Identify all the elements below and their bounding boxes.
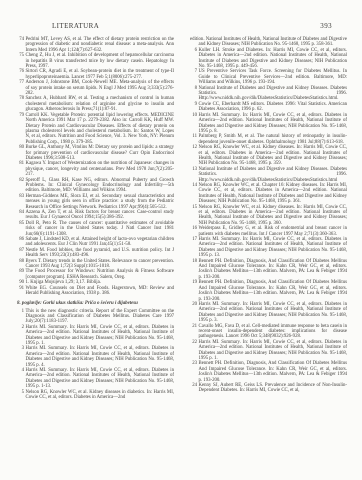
reference-number: 87 [17, 248, 24, 253]
reference-number: 80 [17, 145, 24, 150]
reference-item: 9Cowie CC, Eberhardt MS editors. Diabete… [190, 102, 347, 113]
reference-text: Herman-Giddens ME, Slora EJ, et al. Seco… [26, 194, 175, 210]
reference-item: 85Doll R, Peto R. The causes of cancer: … [17, 221, 174, 237]
reference-continuation-text: edition. National Institutes of Health, … [190, 37, 347, 48]
reference-text: Burke GL, Anthony M, Vitolins M: Dietary… [26, 145, 175, 161]
reference-number: 24 [190, 383, 197, 388]
reference-number: 18 [190, 259, 197, 264]
reference-item: 1This is the new diagnostic criteria. Re… [17, 309, 174, 325]
reference-item: 12Nelson RG, Knowler WC, et al. Kidney d… [190, 145, 347, 167]
reference-text: National Institute of Diabetes and Diges… [199, 86, 348, 102]
reference-number: 10 [190, 113, 197, 118]
reference-text: Doll R, Peto R. The causes of cancer: qu… [26, 221, 175, 237]
reference-text: This is the new diagnostic criteria. Rep… [26, 309, 175, 325]
reference-item: 10Harris MI. Summary. In: Harris MI, Cow… [190, 113, 347, 135]
reference-number: 7 [190, 69, 197, 74]
reference-text: Harris MI. Summary. In: Harris MI, Cowie… [199, 302, 348, 323]
reference-number: 19 [190, 280, 197, 285]
reference-text: Sirtori CR, Agradi E, et al. Soybean-pro… [26, 69, 175, 79]
reference-item: 24Kenny SJ, Aubert RE, Geiss LS. Prevale… [190, 383, 347, 394]
reference-number: 83 [17, 194, 24, 199]
references-column-right: edition. National Institutes of Health, … [190, 37, 347, 394]
reference-text: Kagawa Y. Impact of Westernization on th… [26, 161, 175, 177]
reference-number: 84 [17, 210, 24, 215]
references-column-left: 74Pedrini MT, Levey AS, et al. The effec… [17, 37, 174, 400]
reference-number: 6 [190, 48, 197, 53]
reference-item: 84Azzena A, Zen T, et al. Risk factors f… [17, 210, 174, 221]
reference-item: 13National Institute of Diabetes and Dig… [190, 167, 347, 183]
reference-text: National Institute of Diabetes and Diges… [199, 167, 348, 183]
reference-text: Azzena A, Zen T, et al. Risk factors for… [26, 210, 175, 220]
reference-item: 78Sanchez A, Hubbard RW, et al. Testing … [17, 96, 174, 112]
reference-text: Harris MI. Summary. In: Harris MI, Cowie… [199, 340, 348, 361]
reference-item: 4Harris MI. Summary. In: Harris MI, Cowi… [17, 368, 174, 390]
reference-number: 76 [17, 69, 24, 74]
reference-text: Speroff L, Glass RH, Kase NG, editors. A… [26, 178, 175, 194]
reference-text: Sabate J, Lindsted KD, et al. Attained h… [26, 237, 175, 247]
reference-number: 15 [190, 205, 197, 210]
reference-item: 87Nestle M. Food lobbies, the food pyram… [17, 248, 174, 259]
reference-text: Carroll KK. Vegetable Protein: potential… [26, 113, 175, 145]
reference-number: 21 [190, 324, 197, 329]
reference-text: Kuller LH. Stroke and Diabetes. In: Harr… [199, 48, 348, 69]
reference-item: 91White EG. Counsels on Diet and Foods. … [17, 286, 174, 297]
reference-number: 20 [190, 302, 197, 307]
reference-number: 22 [190, 340, 197, 345]
reference-item: 79Carroll KK. Vegetable Protein: potenti… [17, 113, 174, 145]
reference-number: 14 [190, 183, 197, 188]
reference-item: 82Speroff L, Glass RH, Kase NG, editors.… [17, 178, 174, 194]
book-page: LITERATURA 393 74Pedrini MT, Levey AS, e… [0, 0, 362, 480]
reference-number: 86 [17, 237, 24, 242]
reference-item: 2Harris MI. Summary. In: Harris MI, Cowi… [17, 325, 174, 347]
page-header-title: LITERATURA [52, 22, 99, 30]
reference-number: 17 [190, 237, 197, 242]
reference-text: Nelson RG, Knowler WC, et al. Kidney dis… [199, 205, 348, 226]
reference-text: Bennett PH. Definition, Diagnosis, And C… [199, 259, 348, 280]
reference-text: Nelson RG, Knowler WC, et al. Kidney dis… [26, 390, 175, 400]
reference-text: Weiderpass E, Gridley G, et al. Risk of … [199, 226, 348, 236]
reference-item: 16Weiderpass E, Gridley G, et al. Risk o… [190, 226, 347, 237]
reference-text: Harris MI. Summary. In: Harris MI, Cowie… [26, 325, 175, 346]
reference-item: 83Herman-Giddens ME, Slora EJ, et al. Se… [17, 194, 174, 210]
reference-text: Cavallo MG, Fava D, et al. Cell-mediated… [199, 324, 348, 340]
reference-text: Harris MI. Summary. In: Harris MI, Cowie… [199, 113, 348, 134]
reference-text: Bennett PH. Definition, Diagnosis, And C… [199, 280, 348, 301]
reference-number: 12 [190, 145, 197, 150]
reference-item: 21Cavallo MG, Fava D, et al. Cell-mediat… [190, 324, 347, 340]
page-header: LITERATURA 393 [52, 22, 332, 30]
reference-item: 19Bennett PH. Definition, Diagnosis, And… [190, 280, 347, 302]
reference-item: 86Sabate J, Lindsted KD, et al. Attained… [17, 237, 174, 248]
reference-number: 23 [190, 361, 197, 366]
reference-item: 8National Institute of Diabetes and Dige… [190, 86, 347, 102]
reference-number: 9 [190, 102, 197, 107]
reference-number: 11 [190, 134, 197, 139]
reference-text: The Food Processor for Windows: Nutritio… [26, 269, 175, 279]
reference-item: 18Bennett PH. Definition, Diagnosis, And… [190, 259, 347, 281]
reference-text: White EG. Counsels on Diet and Foods. Ha… [26, 286, 175, 296]
reference-number: 77 [17, 80, 24, 85]
reference-text: Nelson RG, Knowler WC, et al. Chapter 16… [199, 183, 348, 204]
reference-item: 23Bennett PH. Definition, Diagnosis, And… [190, 361, 347, 383]
reference-item: 77Anderson J, Johnstone BM, Cook-Newell … [17, 80, 174, 96]
reference-text: Pedrini MT, Levey AS, et al. The effect … [26, 37, 175, 53]
reference-text: 1. Knjiga Mojsijeva 1,29; 3,17. Biblija. [26, 280, 101, 285]
reference-number: 4 [17, 368, 24, 373]
reference-item: 20Harris MI. Summary. In: Harris MI, Cow… [190, 302, 347, 324]
reference-item: 15Nelson RG, Knowler WC, et al. Kidney d… [190, 205, 347, 227]
reference-text: Byers T. Dietary trends in the United St… [26, 259, 175, 269]
reference-list-previous-chapter: 74Pedrini MT, Levey AS, et al. The effec… [17, 37, 174, 297]
reference-text: Harris MI. Summary. In: Harris MI, Cowie… [26, 346, 175, 367]
section-heading-chapter-8: 8. poglavlje: Gorki ukus slatkiša: Priča… [17, 301, 174, 307]
reference-item: 89The Food Processor for Windows: Nutrit… [17, 269, 174, 280]
reference-item: 75Cheng Z, Hu J, et al. Inhibition of de… [17, 53, 174, 69]
reference-number: 85 [17, 221, 24, 226]
reference-number: 1 [17, 309, 24, 314]
reference-number: 75 [17, 53, 24, 58]
reference-item: 80Burke GL, Anthony M, Vitolins M: Dieta… [17, 145, 174, 161]
reference-item: 3Harris MI. Summary. In: Harris MI, Cowi… [17, 346, 174, 368]
reference-item: 74Pedrini MT, Levey AS, et al. The effec… [17, 37, 174, 53]
reference-number: 74 [17, 37, 24, 42]
reference-text: Nestle M. Food lobbies, the food pyramid… [26, 248, 175, 258]
page-number: 393 [320, 22, 332, 30]
reference-text: US Preventive Services Task Force. Scree… [199, 69, 348, 85]
reference-item: 76Sirtori CR, Agradi E, et al. Soybean-p… [17, 69, 174, 80]
reference-item: 7US Preventive Services Task Force. Scre… [190, 69, 347, 85]
reference-text: Palmberg P, Smith M, et al. The natural … [199, 134, 348, 144]
reference-text: Harris MI. Summary. In: Harris MI, Cowie… [26, 368, 175, 389]
reference-number: 82 [17, 178, 24, 183]
reference-number: 89 [17, 269, 24, 274]
reference-text: Sanchez A, Hubbard RW, et al. Testing a … [26, 96, 175, 112]
reference-number: 91 [17, 286, 24, 291]
reference-number: 8 [190, 86, 197, 91]
reference-number: 2 [17, 325, 24, 330]
reference-list-chapter-8-continued: 6Kuller LH. Stroke and Diabetes. In: Har… [190, 48, 347, 394]
reference-text: Kenny SJ, Aubert RE, Geiss LS. Prevalenc… [199, 383, 348, 393]
reference-number: 16 [190, 226, 197, 231]
reference-text: Harris MI. Summary. In: Harris MI, Cowie… [199, 237, 348, 258]
reference-number: 81 [17, 161, 24, 166]
reference-item: 88Byers T. Dietary trends in the United … [17, 259, 174, 270]
reference-number: 5 [17, 390, 24, 395]
reference-item: 22Harris MI. Summary. In: Harris MI, Cow… [190, 340, 347, 362]
reference-number: 3 [17, 346, 24, 351]
reference-item: 5Nelson RG, Knowler WC, et al. Kidney di… [17, 390, 174, 401]
reference-number: 13 [190, 167, 197, 172]
reference-text: Cowie CC, Eberhardt MS editors. Diabetes… [199, 102, 348, 112]
reference-number: 88 [17, 259, 24, 264]
reference-number: 78 [17, 96, 24, 101]
reference-item: 17Harris MI. Summary. In: Harris MI, Cow… [190, 237, 347, 259]
reference-text: Anderson J, Johnstone BM, Cook-Newell ME… [26, 80, 175, 96]
reference-number: 79 [17, 113, 24, 118]
reference-text: Cheng Z, Hu J, et al. Inhibition of deve… [26, 53, 175, 69]
reference-text: Bennett PH. Definition, Diagnosis, And C… [199, 361, 348, 382]
reference-list-chapter-8: 1This is the new diagnostic criteria. Re… [17, 309, 174, 401]
reference-item: 6Kuller LH. Stroke and Diabetes. In: Har… [190, 48, 347, 70]
reference-item: 14Nelson RG, Knowler WC, et al. Chapter … [190, 183, 347, 205]
reference-item: 11Palmberg P, Smith M, et al. The natura… [190, 134, 347, 145]
reference-item: 81Kagawa Y. Impact of Westernization on … [17, 161, 174, 177]
reference-text: Nelson RG, Knowler WC, et al. Kidney dis… [199, 145, 348, 166]
